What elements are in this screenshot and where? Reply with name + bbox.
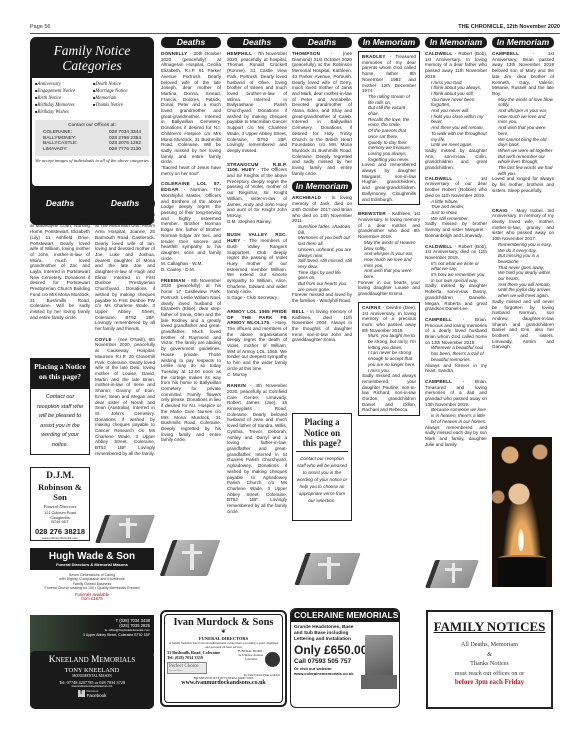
category-birthday-wishes: Birthday Wishes: [35, 109, 91, 116]
verse-line: Remembering you is easy,: [498, 242, 554, 248]
notice-name: CONN: [95, 212, 109, 217]
notice-closing: Sadly missed and always remembered, your…: [362, 373, 416, 413]
verse-line: But from our hearts you are never gone.: [298, 281, 352, 292]
verse-line: It's how we remember you in our own spec…: [431, 272, 487, 283]
page-number: Page 56: [30, 24, 51, 30]
notice-name: HEMPHILL: [227, 51, 252, 56]
verse-line: Because someone we love is in heaven, th…: [431, 407, 487, 424]
kneeland-name: TONY KNEELAND: [30, 667, 154, 674]
masthead-rule: [30, 33, 560, 34]
notice-coyle: COYLE - (nee O'Neill), 6th November 2020…: [95, 337, 155, 457]
category-thanks: Thanks Notice: [93, 102, 149, 109]
verse-line: Wherever a beautiful soul has been, ther…: [431, 345, 487, 362]
verse-line: But we'll remember our whole lives throu…: [498, 154, 554, 165]
verse-line: And wish that you were here,: [498, 125, 554, 136]
column-memoriam-8: In Memoriam CAMPBELL - 1st Anniversary, …: [492, 37, 554, 355]
murdock-title: Ivan Murdock & Sons: [167, 617, 280, 629]
notice-text: - 30th October 2020 (peacefully) at Altn…: [161, 51, 221, 164]
column-deaths-3: Deaths DONNELLY - 30th October 2020 (pea…: [161, 37, 221, 448]
notice-stranocum: STRANOCUM R.B.P. 1106. HUEY - The Office…: [227, 162, 287, 225]
categories-panel: Anniversary Death Notice Engagement Noti…: [32, 78, 152, 186]
djm-address: BT44 9DT: [31, 520, 89, 525]
notice-name: CALDWELL: [425, 51, 452, 56]
categories-title: Family Notice Categories: [32, 43, 152, 73]
categories-title-line1: Family Notice: [32, 43, 152, 58]
wade-offer-price: from £1875: [30, 597, 154, 601]
verse-line: Sunshine fades, shadows fall,: [298, 224, 352, 235]
notice-verse: It's not what we write or what we say,It…: [425, 261, 487, 284]
notice-text: - (nee O'Neill), 6th November 2020, peac…: [95, 337, 155, 456]
notice-craig: CRAIG - Mary Isobel. 3rd Anniversary. In…: [492, 208, 554, 351]
murdock-phone: Tel: (028) 7034 3350: [167, 655, 237, 660]
kneeland-email: kneelandmemorials@btinternet.com: [30, 685, 154, 688]
column-memoriam-6: In Memoriam BRADLEY - Treasured memories…: [358, 37, 420, 421]
category-memoriam: Memoriam: [93, 95, 149, 102]
verse-line: I can never be strong enough to accept t…: [368, 350, 416, 367]
notice-name: FREEMAN: [161, 278, 185, 283]
notice-archibald: ARCHIBALD - In loving memory of Jack, di…: [292, 195, 352, 303]
family-notice-categories: Family Notice Categories Anniversary Dea…: [30, 37, 154, 225]
notice-closing: Always remembered and sadly missed each …: [425, 425, 487, 448]
notice-text: - (nee Diamond) 31st October 2020 (peace…: [292, 51, 352, 176]
verse-line: But still the vacant chair,: [368, 105, 416, 116]
ad-kneeland: Kneeland Memorials TONY KNEELAND MONUMEN…: [30, 651, 154, 709]
verse-line: When we were all together: [498, 148, 554, 154]
verse-line: Mum, you taught me to be strong, but sor…: [368, 333, 416, 350]
column-deaths-1: Deaths CAMPBELL - 4th November 2020 (pea…: [30, 198, 90, 325]
office-contacts: Contact our Offices at: COLERAINE:028 70…: [35, 120, 149, 156]
notice-bush-valley: BUSH VALLEY RSC. HUEY - The members of B…: [227, 232, 287, 300]
notice-hemphill: HEMPHILL - 7th November 2020, peacefully…: [227, 51, 287, 154]
notice-signature: D. Cauley - D.M.: [161, 267, 221, 273]
verse-line: We cannot bring the old days back,: [498, 137, 554, 148]
notice-caldwell-1: CALDWELL - Robert (Bob), 1st Anniversary…: [425, 51, 487, 171]
notice-text: - Huey. The officers and members of the …: [227, 320, 287, 371]
notice-closing: Forever missed and loved by the families…: [292, 292, 352, 303]
notice-armoy: ARMOY LOL 1065 PRIDE OF THE PARK FB ARMO…: [227, 309, 287, 377]
kneeland-title: Kneeland Memorials: [30, 655, 154, 665]
djm-line1: D.J.M.: [31, 471, 89, 482]
verse-line: And whisper in your ear,: [498, 108, 554, 114]
notice-text: - The Officers and Sir Knights of the ab…: [227, 167, 287, 218]
notice-caldwell-3: CALDWELL - Robert (Bob), 1st Anniversary…: [425, 244, 487, 312]
notice-verse: Mum, you taught me to be strong, but sor…: [362, 333, 416, 373]
verse-line: But missing you is a heartache,: [498, 253, 554, 264]
djm-web[interactable]: www.robinsonfunerals.com: [31, 536, 89, 540]
murdock-funeral-home: FUNERAL HOME - 3a Windsor Avenue, Colera…: [237, 650, 265, 661]
paper-title-date: THE CHRONICLE, 12th November 2020: [458, 24, 560, 30]
notice-caldwell-2: CALDWELL - 1st Anniversary of our dear b…: [425, 176, 487, 239]
notice-campbell: CAMPBELL - 4th November 2020 (peacefully…: [30, 212, 90, 320]
verse-line: The last few words we had with you.: [498, 165, 554, 176]
candle-flame-icon: [518, 529, 524, 551]
headstone-base-icon: [361, 675, 397, 689]
perfect-choice-logo: Perfect ChoiceFuneral Plans: [167, 662, 207, 674]
verse-line: How much we love and miss you,: [498, 114, 554, 125]
ad-ivan-murdock: Ivan Murdock & Sons ❦ FUNERAL DIRECTORS …: [160, 610, 287, 707]
notice-name: RANKIN: [227, 383, 246, 388]
notice-verse: May the winds of Heaven blow softly,And …: [358, 240, 420, 280]
crest-icon: [265, 652, 280, 667]
verse-line: Recalls the love, the voice, the smile,: [368, 117, 416, 128]
section-header-memoriam: In Memoriam: [492, 37, 554, 48]
notice-closing: Sadly missed by daughter Ann, son-in-law…: [425, 148, 487, 171]
section-header-deaths: Deaths: [30, 198, 90, 209]
notice-closing: Sadly missed and will never be forgotten…: [492, 299, 554, 350]
column-memoriam-7: In Memoriam CALDWELL - Robert (Bob), 1st…: [425, 37, 487, 452]
family-notices-line: Thanks Notices: [428, 659, 551, 669]
notice-text: - 4th November 2020, peacefully at Cornf…: [227, 383, 287, 513]
category-birth: Birth Notice: [35, 95, 91, 102]
family-notices-deadline: before 3pm each Friday: [428, 678, 551, 687]
notice-signature: C. Murray: [227, 372, 287, 378]
notice-text: - Treasured memories of my dear parents …: [362, 54, 416, 93]
contact-title: Contact our Offices at:: [43, 123, 141, 129]
office-name: LIMAVADY:: [43, 147, 68, 153]
verse-line: May the winds of Heaven blow softly,: [364, 240, 420, 251]
notice-campbell-1: CAMPBELL - Brian. Precious and loving me…: [425, 317, 487, 374]
wade-address: 3 Upper Abbey Street, Coleraine BT52 1BF: [34, 633, 150, 638]
verse-line: Until the joyful day arrives when we wil…: [498, 287, 554, 298]
section-header-deaths: Deaths: [292, 37, 352, 48]
notice-text: - Norman. The Worshipful Master, Officer…: [161, 187, 221, 260]
verse-line: And wish that you were here.: [364, 268, 420, 279]
images-accepted-note: We accept images of individuals in all o…: [35, 158, 149, 164]
notice-closing: Loved and longed for always by his mothe…: [492, 176, 554, 193]
notice-text: - 4th November 2020 (peacefully) at Made…: [30, 212, 90, 320]
category-marriage: Marriage Notice: [93, 88, 149, 95]
coleraine-mem-title: COLERAINE MEMORIALS: [291, 609, 399, 622]
ornament-icon: ❦: [167, 629, 280, 636]
notice-thompson: THOMPSON - (nee Diamond) 31st October 20…: [292, 51, 352, 176]
notice-name: CAMPBELL: [30, 212, 57, 217]
kneeland-subtitle: MONUMENTAL MASON: [30, 674, 154, 678]
bible-icon: [100, 515, 150, 543]
placing-notice-body: Contact our reception staff who will be …: [293, 452, 351, 507]
notice-signature: S.Gage - Club Secretary.: [227, 295, 287, 301]
notice-text: - 1st Anniversary, Brian passed away 13t…: [492, 51, 554, 96]
office-row: LIMAVADY:028 7776 2130: [43, 147, 141, 153]
murdock-description: A family business free from all multinat…: [167, 641, 280, 649]
wade-contact: T (028) 7034 3438 (028) 7035 2825 E: off…: [30, 615, 154, 653]
notice-name: BREWSTER: [358, 211, 386, 216]
verse-line: Unseen, unheard, you are always near.: [298, 247, 352, 258]
notice-verse: Sunshine fades, shadows fall,Memories of…: [292, 224, 352, 292]
verse-line: To walk with me throughout my life,: [431, 131, 487, 142]
section-header-memoriam: In Memoriam: [292, 181, 352, 192]
notice-brewster: BREWSTER - Kathleen, 1st Anniversary. In…: [358, 211, 420, 297]
notice-name: CALDWELL: [425, 244, 452, 249]
notice-text: - 7th November 2020, peacefully at hospi…: [227, 51, 287, 153]
ad-coleraine-memorials: COLERAINE MEMORIALS Granite Headstones, …: [290, 608, 400, 708]
category-death-notice: Death Notice: [93, 81, 149, 88]
family-notices-line: must reach our offices on or: [428, 669, 551, 679]
notice-verse: Remembering you is easy,We do it every d…: [492, 242, 554, 299]
notice-name: CALDWELL: [425, 176, 452, 181]
notice-verse: Wherever a beautiful soul has been, ther…: [425, 345, 487, 362]
notice-name: BRADLEY: [362, 54, 386, 59]
djm-subtitle: Funeral Directors: [31, 504, 89, 509]
wade-title: Hugh Wade & Son: [30, 551, 154, 562]
verse-line: Quietly to-day their memory we treasure,: [368, 140, 416, 151]
notice-signature: D.M. Stephen Rainey.: [227, 219, 287, 225]
verse-line: The rolling stream of life rolls on,: [368, 94, 416, 105]
column-5: Deaths THOMPSON - (nee Diamond) 31st Oct…: [292, 37, 352, 348]
section-header-memoriam: In Memoriam: [425, 37, 487, 48]
candle-image: [492, 437, 552, 587]
notice-closing: Loved and remembered always by daughter …: [362, 162, 416, 202]
djm-phone: 028 276 38218: [31, 527, 89, 536]
wade-subtitle: Funeral Directors & Memorial Masons: [30, 562, 154, 567]
notice-text: - (nee Hadden) 6th November 2020, peacef…: [95, 212, 155, 331]
verse-line: Memories of you both out last them all.: [298, 235, 352, 246]
category-engagement: Engagement Notice: [35, 88, 91, 95]
facebook-label: Facebook: [87, 693, 107, 698]
facebook-link[interactable]: f Find us onFacebook: [30, 690, 154, 697]
notice-name: CAMPBELL: [425, 379, 452, 384]
notice-name: CAMPBELL: [425, 317, 452, 322]
wade-info: Seven Generations of Caring with Dignity…: [30, 570, 154, 615]
notice-verse: The rolling stream of life rolls on,But …: [362, 94, 416, 162]
section-header-deaths: Deaths: [95, 198, 155, 209]
verse-line: And there you will remain,: [431, 125, 487, 131]
bible-icon: [300, 553, 355, 585]
notice-extra: "Sacred heart of Jesus have mercy on her…: [161, 165, 221, 176]
notice-bell: BELL - In loving memory of Kathleen, die…: [292, 309, 352, 343]
notice-text: - In loving memory of Kathleen, died 11t…: [292, 309, 352, 343]
notice-verse: I miss you Dad,I think about you always,…: [425, 80, 487, 148]
family-notices-line: &: [428, 650, 551, 660]
placing-notice-title: Placing a Notice on this page?: [296, 414, 348, 452]
notice-text: - The members of Bush Valley Rangers Sup…: [227, 238, 287, 294]
office-phone: 028 7776 2130: [109, 147, 141, 153]
family-notices-title: FAMILY NOTICES: [428, 619, 551, 635]
placing-notice-body: Contact our reception staff who will be …: [31, 389, 89, 454]
categories-title-line2: Categories: [32, 58, 152, 73]
notice-name: ARCHIBALD: [292, 195, 321, 200]
section-header-deaths: Deaths: [227, 37, 287, 48]
notice-name: COYLE: [95, 337, 112, 342]
column-deaths-4: Deaths HEMPHILL - 7th November 2020, pea…: [227, 37, 287, 519]
placing-notice-box-2: Placing a Notice on this page? Contact o…: [292, 413, 352, 521]
verse-line: Of the parents that once sat there,: [368, 128, 416, 139]
notice-verse: A little tribute,True and tender,Just to…: [425, 199, 487, 222]
verse-line: You have never been forgotten,: [431, 97, 487, 108]
category-anniversary: Anniversary: [35, 81, 91, 88]
bible-icon: [430, 560, 474, 588]
ad-djm-robinson: D.J.M. Robinson & Son Funeral Directors …: [30, 467, 90, 541]
verse-line: May the winds of love blow softly,: [498, 97, 554, 108]
notice-text: - 8th November 2020 (peacefully) at his …: [161, 278, 221, 443]
notice-cairns: CAIRNS - Deirdre (Dee), 1st Anniversary.…: [358, 302, 420, 416]
categories-list: Anniversary Death Notice Engagement Noti…: [35, 81, 149, 116]
ad-hugh-wade: Hugh Wade & Son Funeral Directors & Memo…: [30, 548, 154, 654]
notice-closing: Sadly missed by daughter Roberta, son-in…: [425, 283, 487, 312]
notice-closing: Sadly missed by brother Sammy and sister…: [425, 221, 487, 238]
notice-name: DONNELLY: [161, 51, 187, 56]
notice-name: CAIRNS: [362, 305, 381, 310]
notice-edgar: COLERAINE LOL 87. EDGAR - Norman. The Wo…: [161, 181, 221, 272]
verse-line: How much we love and miss you,: [364, 257, 420, 268]
wade-line: Funeral Church seating for 100 • Quality…: [30, 586, 154, 590]
notice-name: CRAIG: [492, 208, 508, 213]
notice-bradley: BRADLEY - Treasured memories of my dear …: [358, 51, 420, 205]
verse-line: I hold you close within my heart,: [431, 114, 487, 125]
notice-name: THOMPSON: [292, 51, 320, 56]
notice-verse: May the winds of love blow softly,And wh…: [492, 97, 554, 177]
ad-family-notices: FAMILY NOTICES All Deaths, Memoriam & Th…: [426, 610, 553, 709]
notice-text: - Mary Isobel. 3rd Anniversary. In memor…: [492, 208, 554, 242]
notice-name: BELL: [292, 309, 305, 314]
category-birthday-memories: Birthday Memories: [35, 102, 91, 109]
notice-closing: Always and forever in my heart. Sandra.: [425, 363, 487, 374]
notice-donnelly: DONNELLY - 30th October 2020 (peacefully…: [161, 51, 221, 176]
verse-line: It's not what we write or what we say,: [431, 261, 487, 272]
candle-body: [498, 555, 546, 587]
verse-line: Loving you always, forgetting you never.: [368, 151, 416, 162]
facebook-icon: f: [78, 690, 85, 697]
notice-rankin: RANKIN - 4th November 2020, peacefully a…: [227, 383, 287, 514]
notice-closing: Forever in our hearts, your loving daugh…: [358, 280, 420, 297]
murdock-website[interactable]: www.ivanmurdockandsons.co.uk: [167, 680, 280, 686]
placing-notice-box: Placing a Notice on this page? Contact o…: [30, 358, 90, 455]
family-notices-line: All Deaths, Memoriam: [428, 640, 551, 650]
notice-conn: CONN - (nee Hadden) 6th November 2020, p…: [95, 212, 155, 332]
notice-campbell-2: CAMPBELL - Brian. Treasured and loving m…: [425, 379, 487, 447]
verse-line: Time slips by and life goes on,: [298, 270, 352, 281]
notice-name: CAMPBELL: [492, 51, 519, 56]
verse-line: We hold you dearly within our hearts,: [498, 270, 554, 281]
bible-icon: [166, 540, 214, 576]
section-header-memoriam: In Memoriam: [358, 37, 420, 48]
notice-campbell-anniv: CAMPBELL - 1st Anniversary, Brian passed…: [492, 51, 554, 194]
notice-freeman: FREEMAN - 8th November 2020 (peacefully)…: [161, 278, 221, 443]
perfect-choice-caption: Funeral Plans: [169, 669, 205, 672]
placing-notice-title: Placing a Notice on this page?: [31, 359, 89, 389]
section-header-deaths: Deaths: [161, 37, 221, 48]
verse-line: Still loved, still missed, still very de…: [298, 258, 352, 269]
djm-line2: Robinson & Son: [31, 482, 89, 502]
notice-verse: Because someone we love is in heaven, th…: [425, 407, 487, 424]
headstone-icon: [365, 635, 393, 679]
column-deaths-2: Deaths CONN - (nee Hadden) 6th November …: [95, 198, 155, 462]
